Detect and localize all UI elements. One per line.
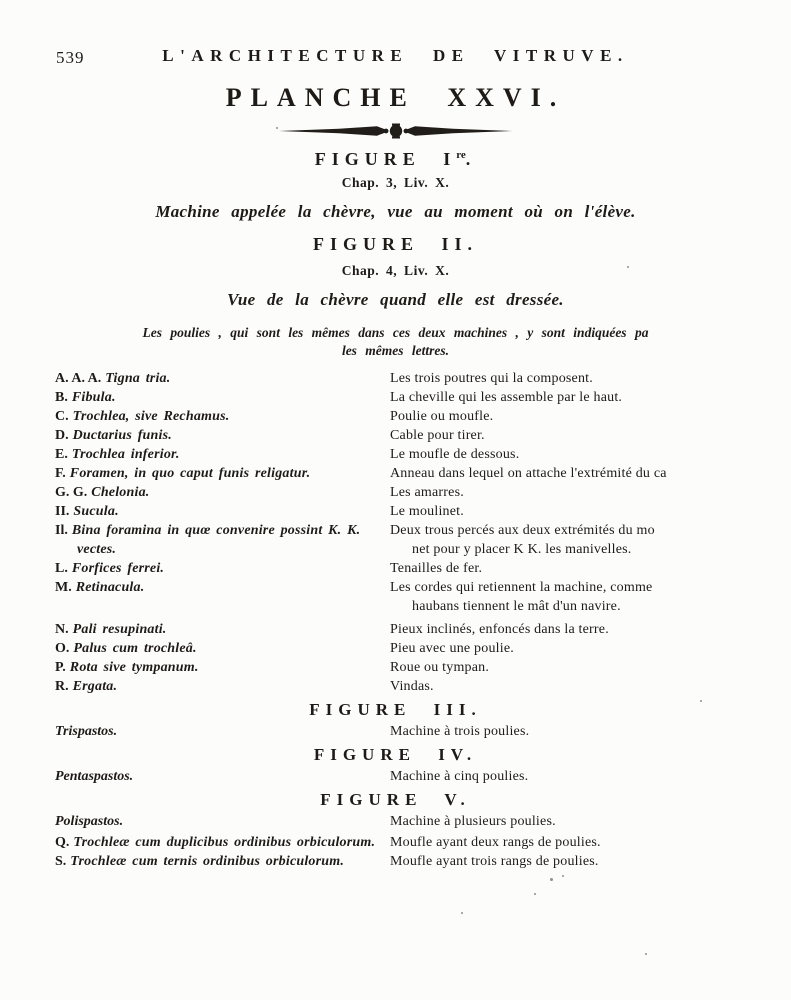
french-translation: Pieux inclinés, enfoncés dans la terre.: [390, 622, 609, 637]
french-translation: Les amarres.: [390, 485, 464, 500]
figure4-term-row: Pentaspastos. Machine à cinq poulies.: [0, 767, 791, 786]
item-letter: F.: [55, 466, 66, 481]
french-translation: Le moufle de dessous.: [390, 447, 519, 462]
legend-row-d: D.Ductarius funis. Cable pour tirer.: [0, 426, 791, 445]
french-translation: La cheville qui les assemble par le haut…: [390, 390, 622, 405]
legend-row-e: E.Trochlea inferior. Le moufle de dessou…: [0, 445, 791, 464]
item-letter: M.: [55, 580, 72, 595]
latin-term: Palus cum trochleâ.: [73, 641, 196, 656]
legend-intro: Les poulies , qui sont les mêmes dans ce…: [0, 324, 791, 360]
french-translation: Poulie ou moufle.: [390, 409, 493, 424]
latin-term: Trochleæ cum ternis ordinibus orbiculoru…: [70, 854, 344, 869]
legend-row-h: II.Sucula. Le moulinet.: [0, 502, 791, 521]
item-letter: E.: [55, 447, 68, 462]
item-letter: O.: [55, 641, 69, 656]
french-translation: Deux trous percés aux deux extrémités du…: [390, 523, 655, 538]
legend-row-g: G. G.Chelonia. Les amarres.: [0, 483, 791, 502]
latin-term: Tigna tria.: [105, 371, 170, 386]
legend-intro-line2: les mêmes lettres.: [342, 343, 449, 358]
plate-title: PLANCHE XXVI.: [0, 83, 791, 113]
figure4-heading: FIGURE IV.: [0, 745, 791, 765]
french-translation: Tenailles de fer.: [390, 561, 482, 576]
figure2-chapter-ref: Chap. 4, Liv. X.: [0, 263, 791, 279]
figure3-term-row: Trispastos. Machine à trois poulies.: [0, 722, 791, 741]
greek-term: Trispastos.: [55, 724, 117, 739]
legend-intro-line1: Les poulies , qui sont les mêmes dans ce…: [143, 325, 649, 340]
scan-speck: [700, 700, 702, 702]
item-letter: II.: [55, 504, 69, 519]
item-letter: P.: [55, 660, 66, 675]
figure5-heading: FIGURE V.: [0, 790, 791, 810]
legend-row-m: M.Retinacula. Les cordes qui retiennent …: [0, 578, 791, 616]
scan-speck: [645, 953, 647, 955]
latin-term-wrap: vectes.: [55, 540, 390, 559]
latin-term: Rota sive tympanum.: [70, 660, 199, 675]
legend-row-o: O.Palus cum trochleâ. Pieu avec une poul…: [0, 639, 791, 658]
figure1-heading-superscript: re: [456, 149, 466, 161]
figure3-heading: FIGURE III.: [0, 700, 791, 720]
french-translation: Roue ou tympan.: [390, 660, 489, 675]
latin-term: Trochlea inferior.: [72, 447, 180, 462]
legend-row-s: S.Trochleæ cum ternis ordinibus orbiculo…: [0, 852, 791, 871]
running-title: L'ARCHITECTURE DE VITRUVE.: [0, 46, 791, 66]
latin-term: Fibula.: [72, 390, 116, 405]
scan-speck: [627, 266, 629, 268]
book-page: 539 L'ARCHITECTURE DE VITRUVE. PLANCHE X…: [0, 0, 791, 1000]
french-translation: Anneau dans lequel on attache l'extrémit…: [390, 466, 667, 481]
legend-row-i: Il.Bina foramina in quœ convenire possin…: [0, 521, 791, 559]
page-header: 539 L'ARCHITECTURE DE VITRUVE.: [0, 0, 791, 66]
legend-row-f: F.Foramen, in quo caput funis religatur.…: [0, 464, 791, 483]
item-letter: Il.: [55, 523, 68, 538]
item-letter: N.: [55, 622, 69, 637]
legend-row-l: L.Forfices ferrei. Tenailles de fer.: [0, 559, 791, 578]
figure2-heading: FIGURE II.: [0, 234, 791, 255]
scan-speck: [276, 127, 278, 129]
latin-term: Bina foramina in quœ convenire possint K…: [72, 523, 360, 538]
figure1-heading-period: .: [466, 149, 477, 169]
item-letter: S.: [55, 854, 66, 869]
latin-term: Trochleæ cum duplicibus ordinibus orbicu…: [73, 835, 375, 850]
item-letter: R.: [55, 679, 69, 694]
legend-list: A. A. A.Tigna tria. Les trois poutres qu…: [0, 369, 791, 696]
french-translation: Les cordes qui retiennent la machine, co…: [390, 580, 652, 595]
french-translation: Moufle ayant trois rangs de poulies.: [390, 854, 599, 869]
legend-row-p: P.Rota sive tympanum. Roue ou tympan.: [0, 658, 791, 677]
french-translation: Machine à plusieurs poulies.: [390, 814, 556, 829]
french-translation: Vindas.: [390, 679, 434, 694]
figure1-heading: FIGURE Ire.: [0, 149, 791, 170]
french-translation: Machine à cinq poulies.: [390, 769, 528, 784]
legend-row-r: R.Ergata. Vindas.: [0, 677, 791, 696]
item-letter: C.: [55, 409, 69, 424]
greek-term: Polispastos.: [55, 814, 123, 829]
fleuron-divider-icon: [279, 122, 513, 140]
latin-term: Retinacula.: [76, 580, 145, 595]
latin-term: Ergata.: [73, 679, 118, 694]
latin-term: Sucula.: [73, 504, 118, 519]
page-number: 539: [56, 48, 85, 68]
latin-term: Forfices ferrei.: [72, 561, 164, 576]
latin-term: Ductarius funis.: [73, 428, 172, 443]
item-letter: A. A. A.: [55, 371, 101, 386]
scan-speck: [534, 893, 536, 895]
legend-row-c: C.Trochlea, sive Rechamus. Poulie ou mou…: [0, 407, 791, 426]
item-letter: L.: [55, 561, 68, 576]
item-letter: Q.: [55, 835, 69, 850]
french-translation-wrap: haubans tiennent le mât d'un navire.: [390, 597, 791, 616]
scan-speck: [562, 875, 564, 877]
latin-term: Foramen, in quo caput funis religatur.: [70, 466, 311, 481]
scan-speck: [550, 878, 553, 881]
item-letter: D.: [55, 428, 69, 443]
french-translation: Le moulinet.: [390, 504, 464, 519]
latin-term: Trochlea, sive Rechamus.: [73, 409, 230, 424]
latin-term: Chelonia.: [91, 485, 149, 500]
greek-term: Pentaspastos.: [55, 769, 133, 784]
french-translation: Les trois poutres qui la composent.: [390, 371, 593, 386]
item-letter: B.: [55, 390, 68, 405]
french-translation: Pieu avec une poulie.: [390, 641, 514, 656]
legend-row-a: A. A. A.Tigna tria. Les trois poutres qu…: [0, 369, 791, 388]
legend-row-b: B.Fibula. La cheville qui les assemble p…: [0, 388, 791, 407]
legend-row-q: Q.Trochleæ cum duplicibus ordinibus orbi…: [0, 833, 791, 852]
figure1-caption: Machine appelée la chèvre, vue au moment…: [0, 202, 791, 222]
french-translation: Machine à trois poulies.: [390, 724, 529, 739]
french-translation: Moufle ayant deux rangs de poulies.: [390, 835, 601, 850]
french-translation-wrap: net pour y placer K K. les manivelles.: [390, 540, 791, 559]
figure5-term-row: Polispastos. Machine à plusieurs poulies…: [0, 812, 791, 831]
french-translation: Cable pour tirer.: [390, 428, 485, 443]
latin-term: Pali resupinati.: [73, 622, 167, 637]
scan-speck: [461, 912, 463, 914]
figure1-chapter-ref: Chap. 3, Liv. X.: [0, 175, 791, 191]
figure1-heading-text: FIGURE I: [315, 149, 457, 169]
legend-row-n: N.Pali resupinati. Pieux inclinés, enfon…: [0, 620, 791, 639]
figure2-caption: Vue de la chèvre quand elle est dressée.: [0, 290, 791, 310]
item-letter: G. G.: [55, 485, 87, 500]
